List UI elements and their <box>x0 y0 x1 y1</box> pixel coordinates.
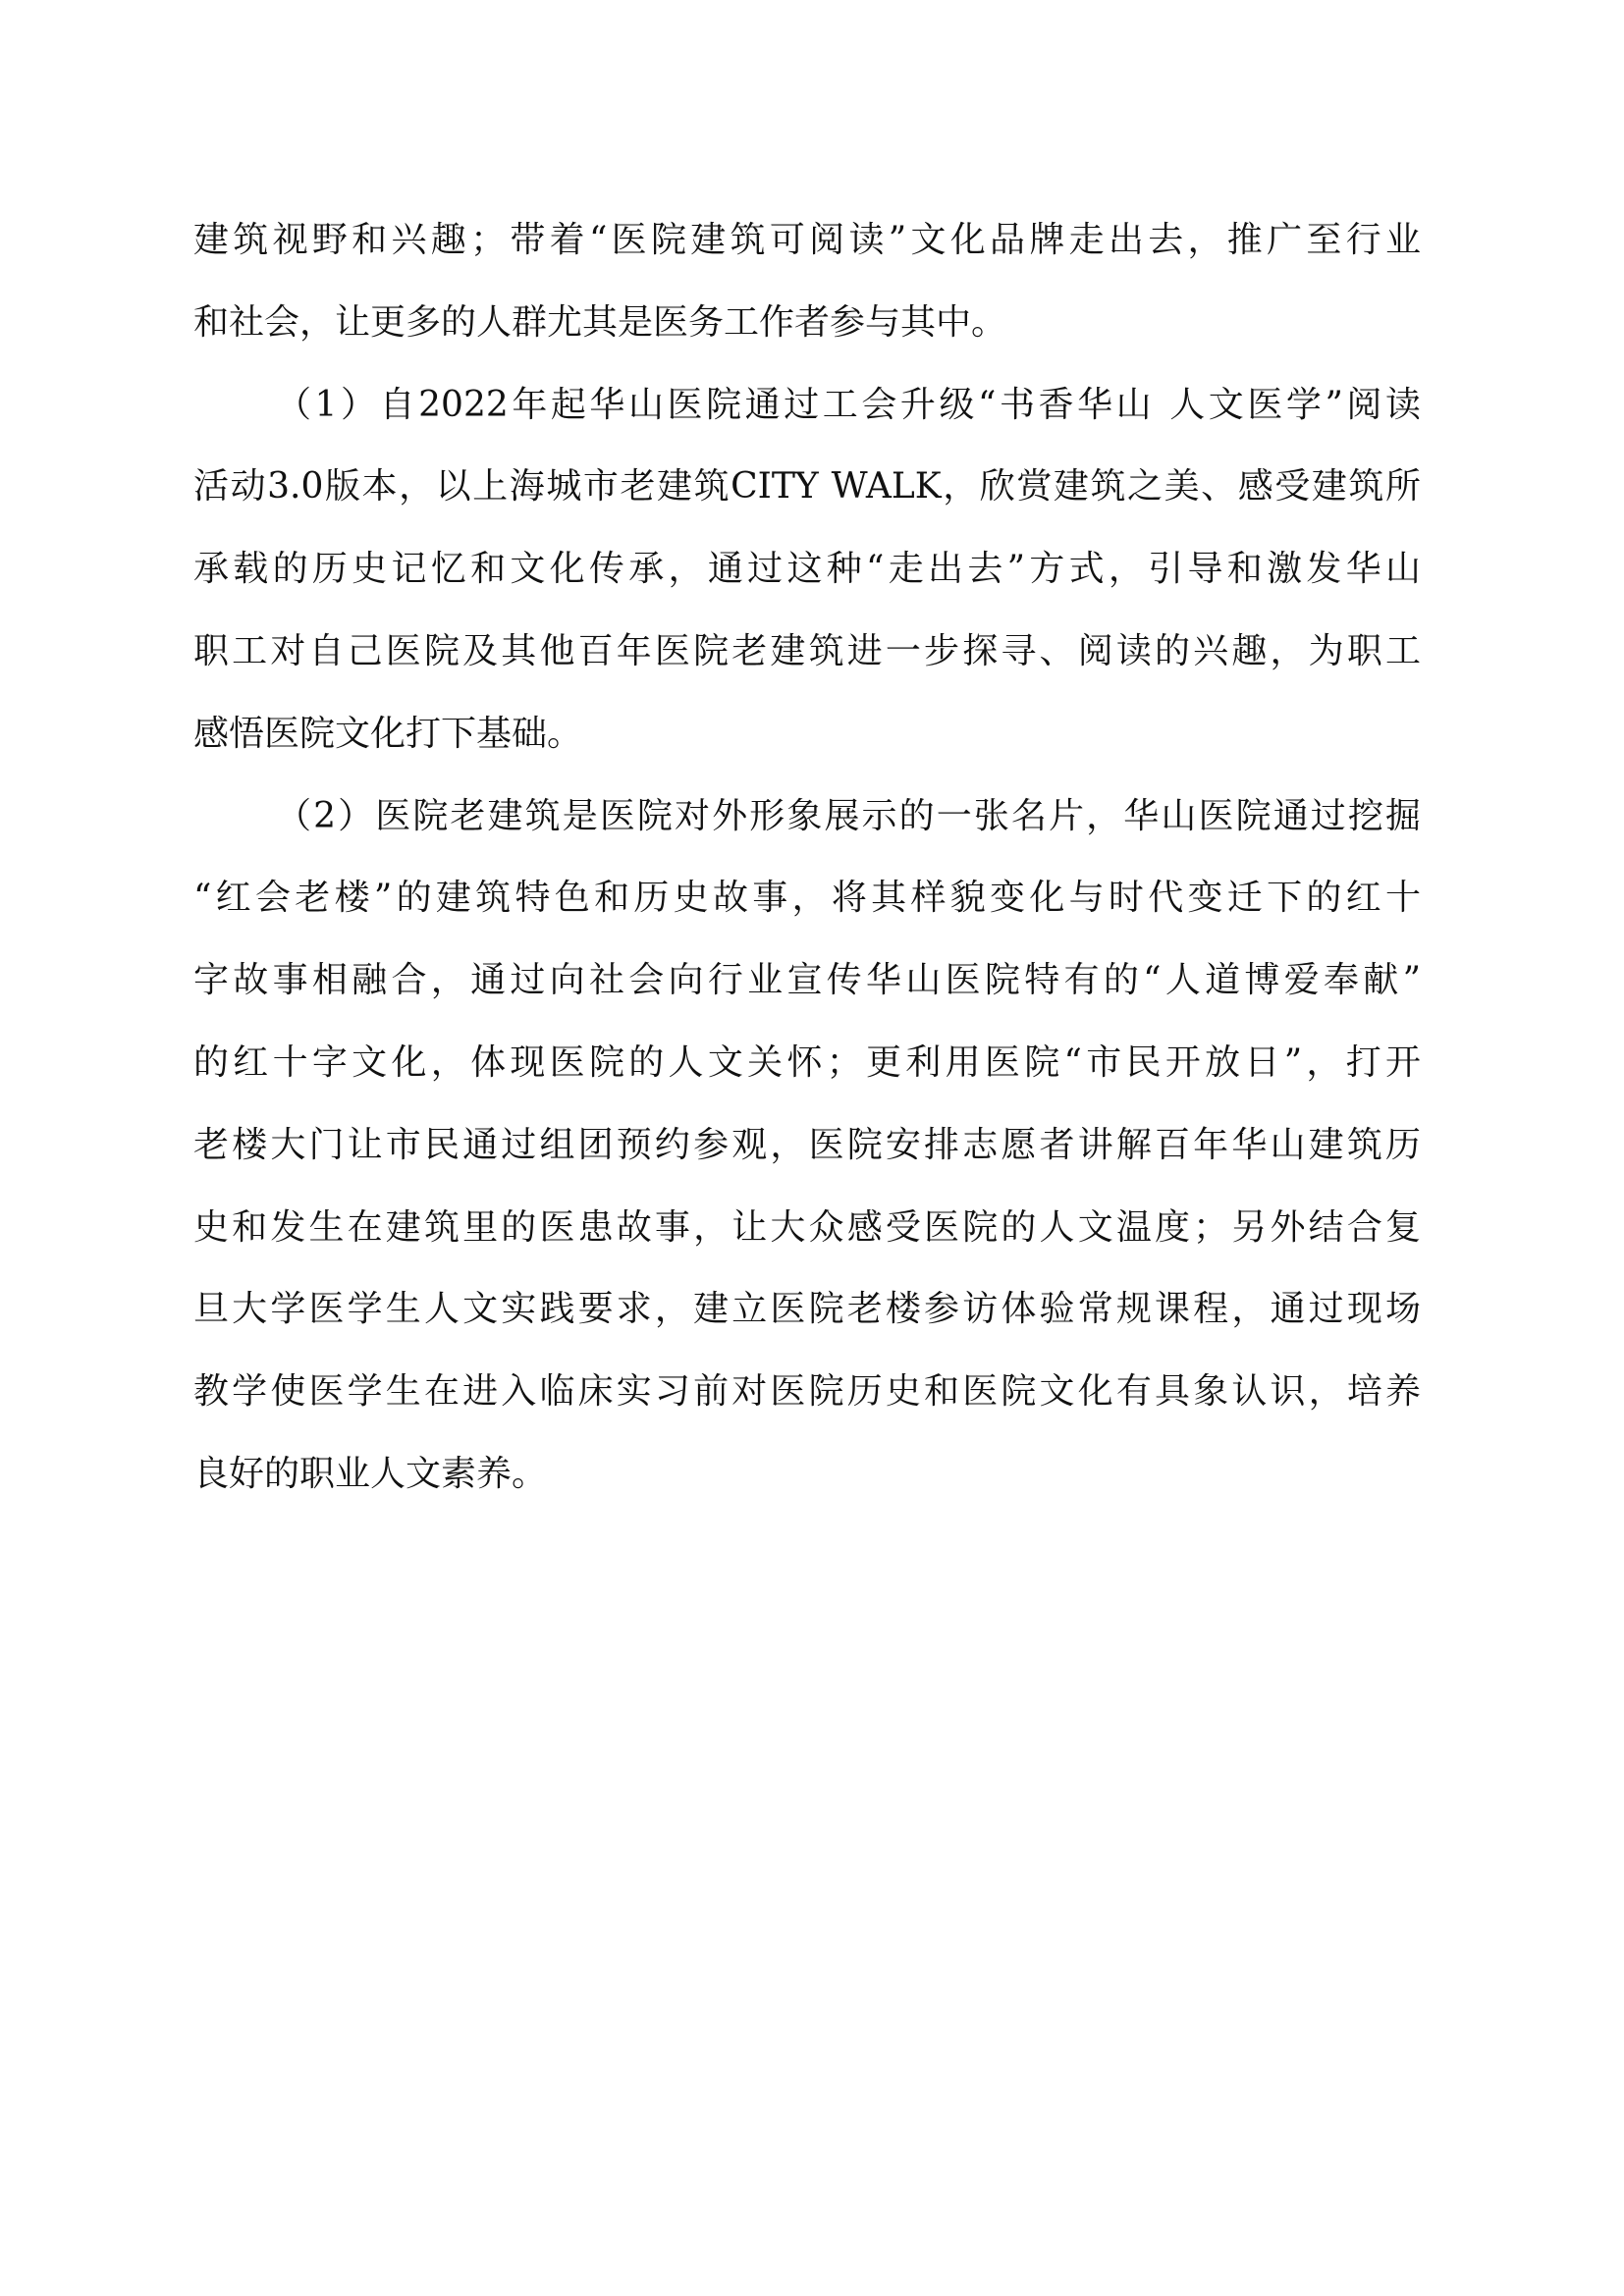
paragraph-intro-continuation: 建筑视野和兴趣；带着“医院建筑可阅读”文化品牌走出去，推广至行业 和社会，让更多… <box>193 199 1421 364</box>
text-line: 教学使医学生在进入临床实习前对医院历史和医院文化有具象认识，培养 <box>193 1351 1421 1433</box>
paragraph-item-1: （1）自2022年起华山医院通过工会升级“书香华山 人文医学”阅读 活动3.0版… <box>193 364 1421 775</box>
text-line: 建筑视野和兴趣；带着“医院建筑可阅读”文化品牌走出去，推广至行业 <box>193 199 1421 282</box>
text-line: 感悟医院文化打下基础。 <box>193 693 1421 775</box>
text-line: “红会老楼”的建筑特色和历史故事，将其样貌变化与时代变迁下的红十 <box>193 857 1421 939</box>
text-line: 旦大学医学生人文实践要求，建立医院老楼参访体验常规课程，通过现场 <box>193 1268 1421 1351</box>
text-line: （2）医院老建筑是医院对外形象展示的一张名片，华山医院通过挖掘 <box>193 775 1421 858</box>
text-line: 史和发生在建筑里的医患故事，让大众感受医院的人文温度；另外结合复 <box>193 1187 1421 1269</box>
text-line: 良好的职业人文素养。 <box>193 1433 1421 1516</box>
text-line: 职工对自己医院及其他百年医院老建筑进一步探寻、阅读的兴趣，为职工 <box>193 611 1421 693</box>
text-line: 的红十字文化，体现医院的人文关怀；更利用医院“市民开放日”，打开 <box>193 1022 1421 1104</box>
text-line: 老楼大门让市民通过组团预约参观，医院安排志愿者讲解百年华山建筑历 <box>193 1104 1421 1187</box>
document-page: 建筑视野和兴趣；带着“医院建筑可阅读”文化品牌走出去，推广至行业 和社会，让更多… <box>0 0 1624 2296</box>
text-line: 字故事相融合，通过向社会向行业宣传华山医院特有的“人道博爱奉献” <box>193 939 1421 1022</box>
text-line: （1）自2022年起华山医院通过工会升级“书香华山 人文医学”阅读 <box>193 364 1421 447</box>
paragraph-item-2: （2）医院老建筑是医院对外形象展示的一张名片，华山医院通过挖掘 “红会老楼”的建… <box>193 775 1421 1516</box>
text-line: 承载的历史记忆和文化传承，通过这种“走出去”方式，引导和激发华山 <box>193 528 1421 611</box>
body-text: 建筑视野和兴趣；带着“医院建筑可阅读”文化品牌走出去，推广至行业 和社会，让更多… <box>193 199 1421 1516</box>
text-line: 和社会，让更多的人群尤其是医务工作者参与其中。 <box>193 282 1421 364</box>
text-line: 活动3.0版本，以上海城市老建筑CITY WALK，欣赏建筑之美、感受建筑所 <box>193 446 1421 528</box>
